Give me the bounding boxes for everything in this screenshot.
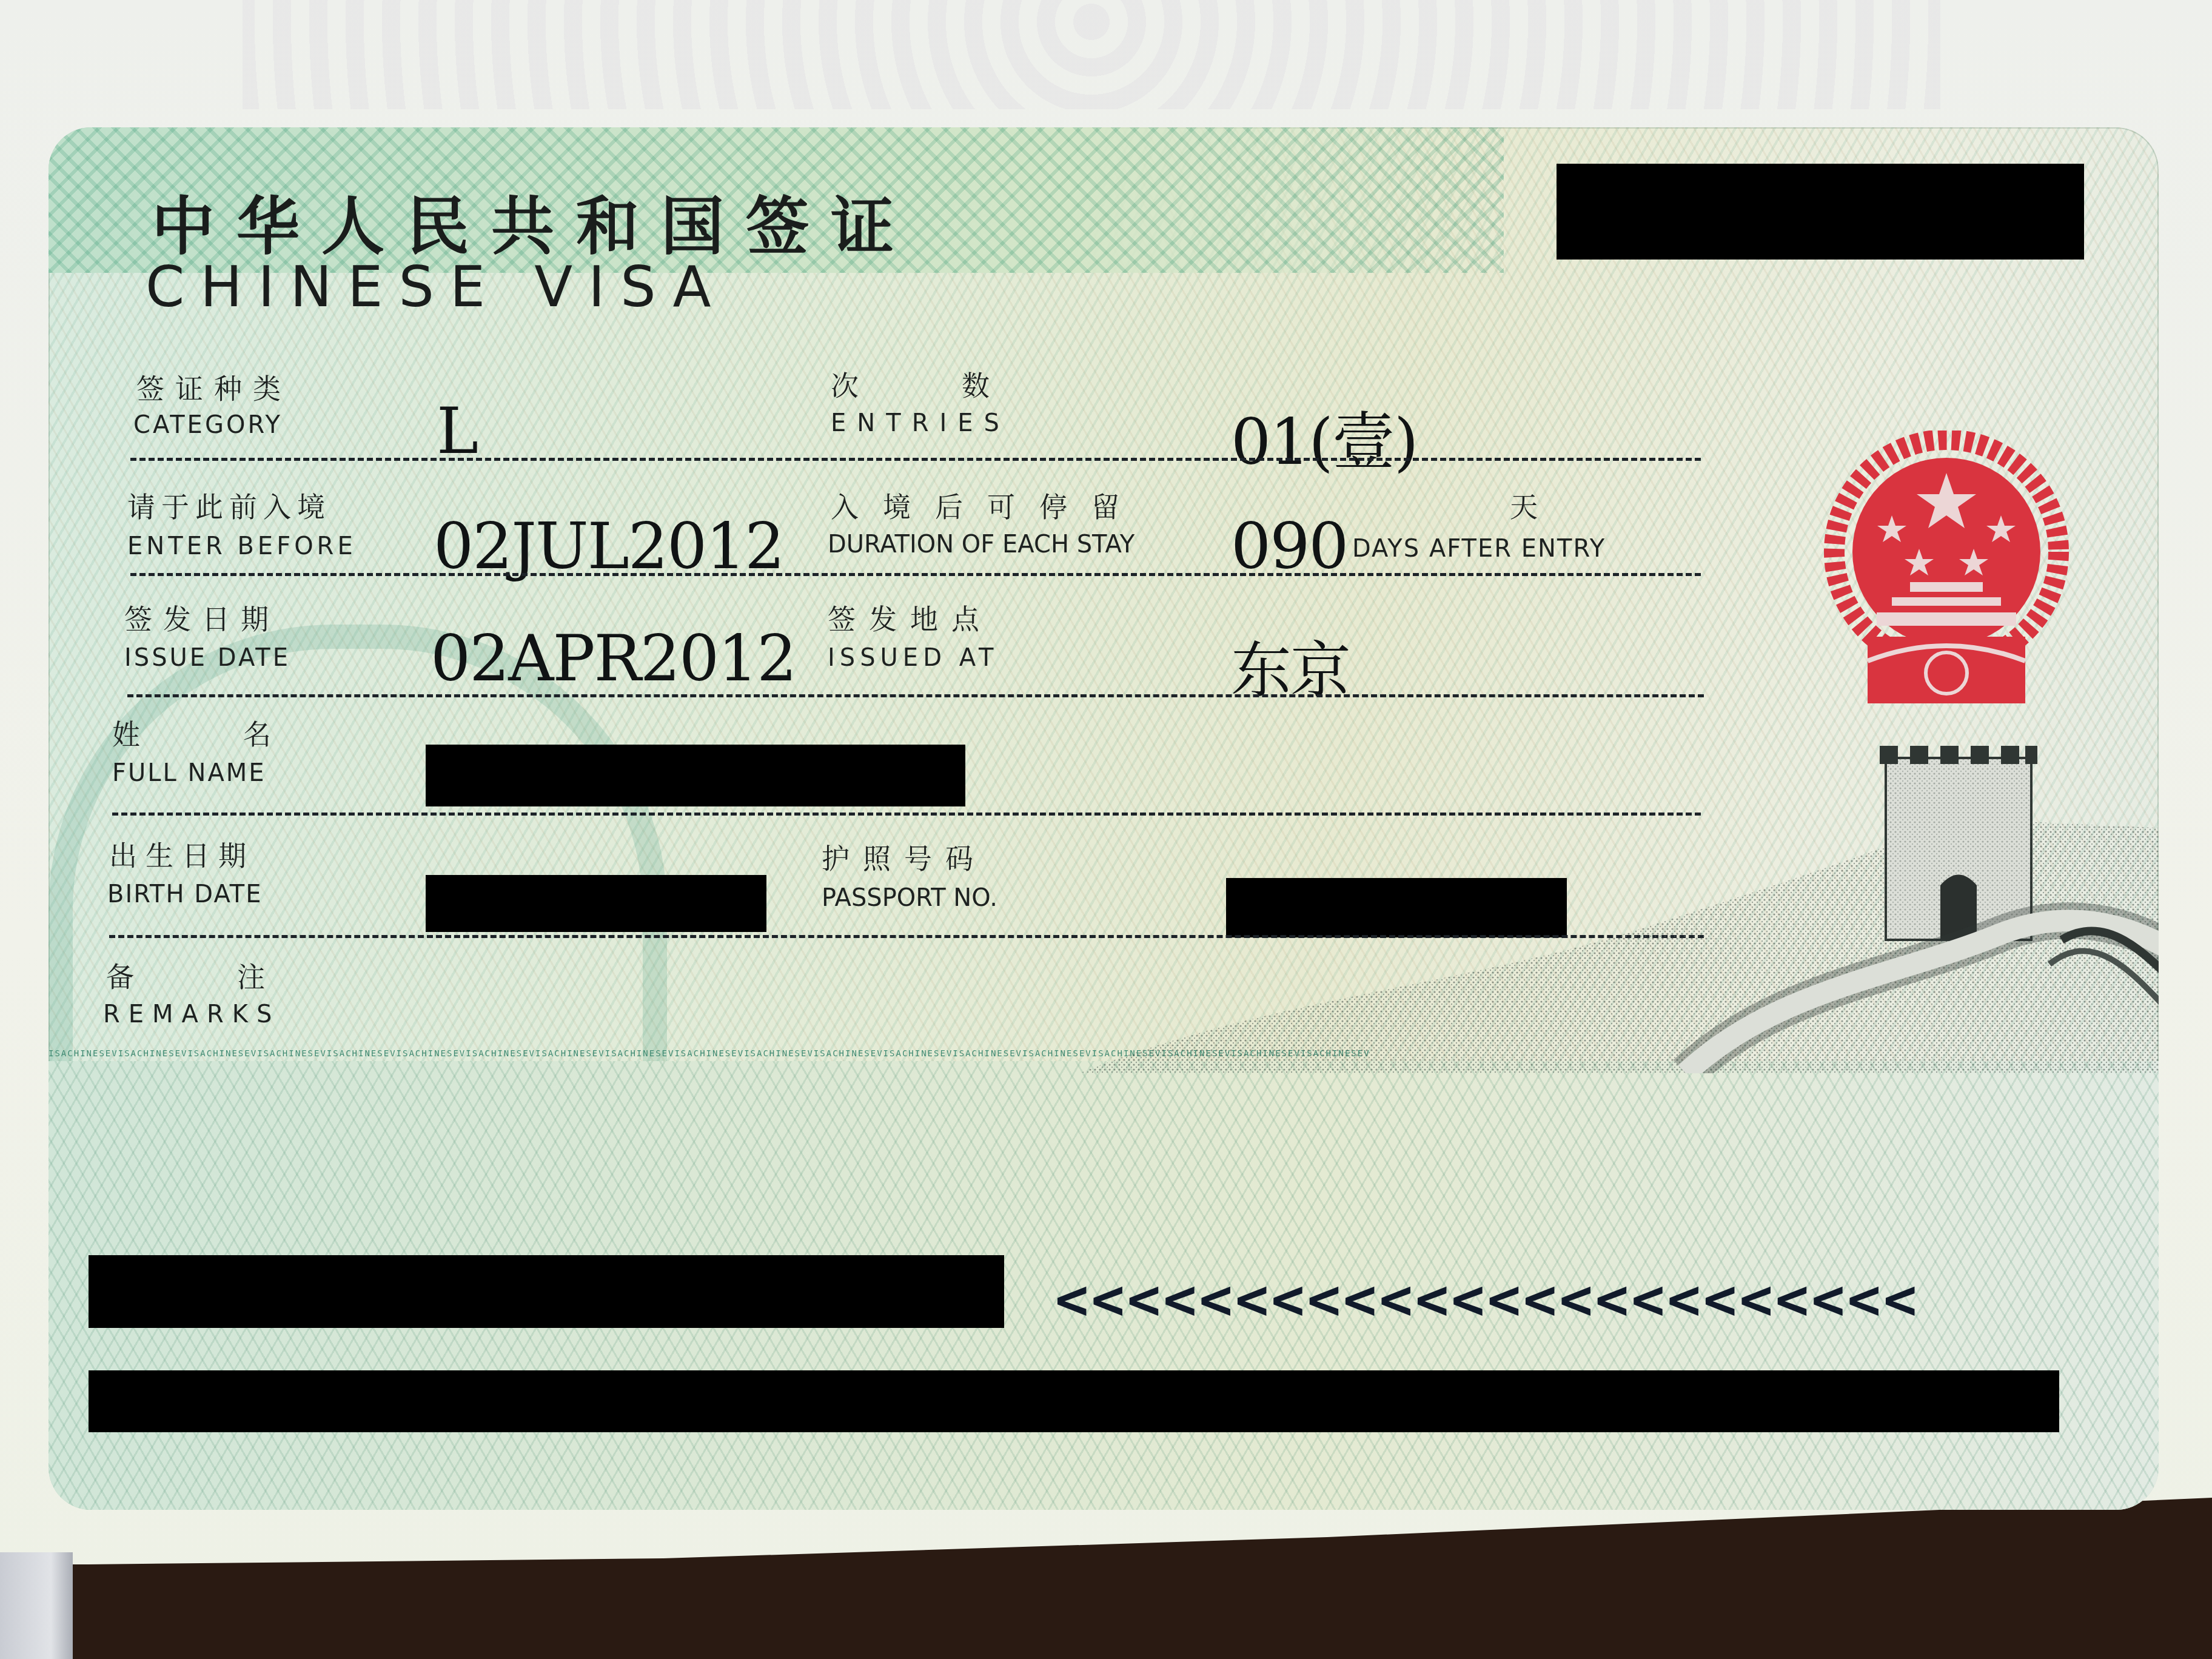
duration-value: 090 (1231, 509, 1348, 583)
enter-before-label-cn: 请于此前入境 (127, 485, 331, 525)
issued-at-label-en: ISSUED AT (828, 644, 998, 672)
row-divider (130, 458, 1701, 461)
birth-date-label-en: BIRTH DATE (107, 880, 262, 908)
birth-date-redacted (426, 875, 766, 932)
remarks-label-en: REMARKS (103, 1000, 280, 1028)
visa-title-en: CHINESE VISA (146, 255, 726, 320)
issued-at-label-cn: 签发地点 (828, 597, 993, 637)
desk-edge (0, 1552, 73, 1659)
national-emblem-icon (1819, 431, 2074, 722)
page-watermark (243, 0, 1940, 109)
passport-no-label-cn: 护照号码 (822, 837, 987, 877)
full-name-label-en: FULL NAME (112, 759, 266, 787)
mrz-line1-redacted (89, 1255, 1004, 1328)
visa-sticker: ISACHINESEVISACHINESEVISACHINESEVISACHIN… (49, 127, 2159, 1510)
duration-unit-en: DAYS AFTER ENTRY (1352, 535, 1606, 563)
great-wall-illustration (1079, 734, 2159, 1073)
duration-label-cn: 入境后可停留 (831, 485, 1144, 525)
visa-number-redacted (1557, 164, 2084, 260)
full-name-label-cn: 姓名 (112, 712, 374, 752)
category-value: L (437, 394, 477, 468)
row-divider (130, 573, 1701, 576)
passport-no-label-en: PASSPORT NO. (822, 884, 997, 912)
full-name-redacted (426, 745, 965, 806)
entries-value: 01(壹) (1231, 391, 1418, 482)
entries-label-en: ENTRIES (831, 409, 1010, 437)
issue-date-label-en: ISSUE DATE (124, 644, 290, 672)
duration-unit-cn: 天 (1510, 485, 1538, 525)
visa-title-cn: 中华人民共和国签证 (152, 176, 916, 267)
mrz-line2-redacted (89, 1370, 2059, 1432)
remarks-label-cn: 备注 (106, 955, 368, 995)
enter-before-value: 02JUL2012 (434, 509, 783, 583)
issue-date-value: 02APR2012 (431, 622, 796, 695)
birth-date-label-cn: 出生日期 (109, 834, 255, 874)
category-label-cn: 签证种类 (136, 367, 292, 407)
enter-before-label-en: ENTER BEFORE (127, 532, 357, 560)
category-label-en: CATEGORY (133, 411, 283, 439)
mrz-line1-filler: <<<<<<<<<<<<<<<<<<<<<<<< (1055, 1267, 1919, 1332)
duration-label-en: DURATION OF EACH STAY (828, 531, 1134, 558)
row-divider (127, 694, 1704, 697)
issue-date-label-cn: 签发日期 (124, 597, 280, 637)
entries-label-cn: 次数 (831, 364, 1093, 404)
